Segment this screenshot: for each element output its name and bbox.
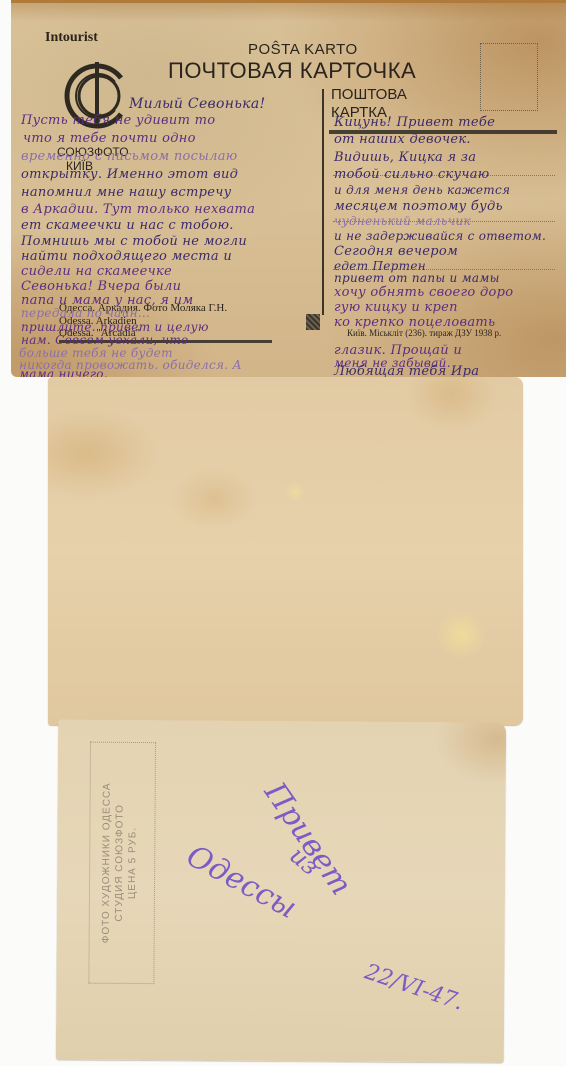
handwritten-line: открытку. Именно этот вид	[21, 167, 238, 182]
inscribed-photo-back: ФОТО ХУДОЖНИКИ ОДЕССА СТУДИЯ СОЮЗФОТО ЦЕ…	[56, 719, 506, 1062]
handwritten-line: и для меня день кажется	[334, 183, 510, 197]
handwritten-line: пришлите. привет и целую	[21, 320, 209, 334]
handwritten-line: чудненький мальчик	[334, 214, 471, 228]
handwritten-line: Пусть тебя не удивит то	[21, 113, 215, 128]
stamp-placeholder-box	[480, 43, 538, 111]
handwritten-line: Севонька! Вчера были	[21, 279, 181, 294]
handwritten-line: привет от папы и мамы	[334, 271, 500, 285]
handwritten-line: хочу обнять своего доро	[334, 285, 513, 300]
vertical-divider	[322, 89, 324, 315]
handwritten-line: в Аркадии. Тут только нехвата	[21, 202, 255, 217]
handwritten-line: сидели на скамеечке	[21, 264, 172, 279]
handwritten-line: Видишь, Кицка я за	[334, 150, 476, 165]
handwritten-line: напомнил мне нашу встречу	[21, 185, 231, 200]
handwritten-line: передала по чайн...	[21, 306, 150, 320]
handwritten-line: Помнишь мы с тобой не могли	[21, 234, 247, 249]
handwritten-line: ко крепко поцеловать	[334, 315, 495, 330]
publisher-label: Intourist	[45, 30, 98, 46]
handwritten-line: Любящая тебя Ира	[334, 364, 479, 377]
handwritten-line: найти подходящего места и	[21, 249, 232, 264]
postcard: Intourist POŜTA KARTO ПОЧТОВАЯ КАРТОЧКА …	[11, 0, 566, 377]
inscription-city: Одессы	[181, 838, 303, 926]
handwritten-line: мама ничего.	[19, 367, 108, 377]
handwritten-line: Кицунь! Привет тебе	[334, 115, 495, 130]
heading-esperanto: POŜTA KARTO	[248, 41, 358, 58]
handwritten-line: временно с письмом посылаю	[21, 149, 238, 164]
inscription-date: 22/VI-47.	[362, 960, 467, 1016]
handwritten-line: и не задерживайся с ответом.	[334, 229, 546, 243]
printer-mark-icon	[306, 314, 320, 330]
heading-russian: ПОЧТОВАЯ КАРТОЧКА	[168, 58, 416, 84]
handwritten-line: что я тебе почти одно	[23, 131, 196, 146]
handwritten-line: гую кицку и креп	[334, 300, 458, 315]
studio-stamp-text: ФОТО ХУДОЖНИКИ ОДЕССА СТУДИЯ СОЮЗФОТО ЦЕ…	[89, 743, 155, 983]
blank-photo-back	[48, 377, 523, 725]
handwritten-line: от наших девочек.	[334, 132, 471, 147]
studio-stamp-line: ЦЕНА 5 РУБ.	[125, 743, 140, 983]
handwritten-line: ет скамеечки и нас с тобою.	[21, 218, 234, 233]
studio-stamp: ФОТО ХУДОЖНИКИ ОДЕССА СТУДИЯ СОЮЗФОТО ЦЕ…	[88, 742, 156, 984]
handwritten-line: месяцем поэтому будь	[334, 199, 503, 214]
handwritten-line: Сегодня вечером	[334, 244, 458, 259]
heading-ukrainian-line-1: ПОШТОВА	[331, 86, 407, 103]
handwritten-line: Милый Севонька!	[129, 96, 265, 112]
handwritten-line: тобой сильно скучаю	[334, 167, 490, 182]
handwritten-line: нам. Совсем уехали, что	[21, 333, 189, 347]
